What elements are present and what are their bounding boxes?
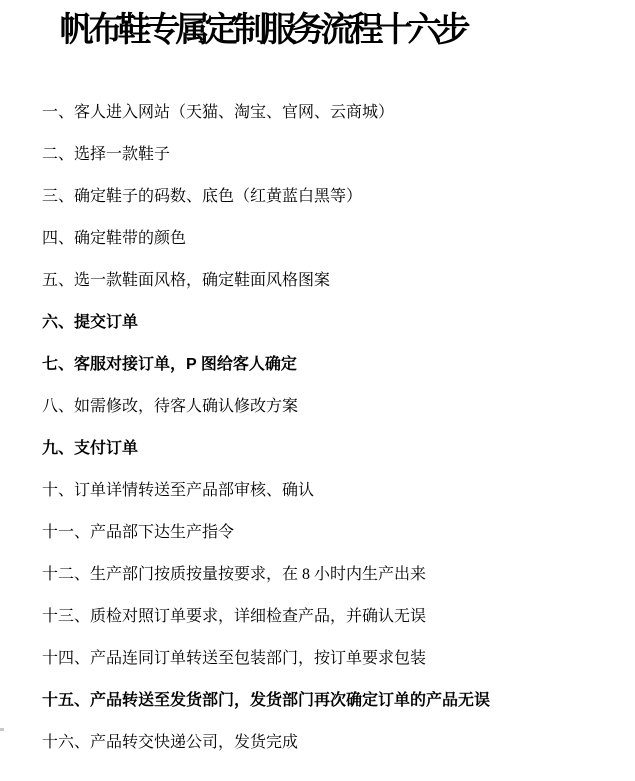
step-item-2: 二、选择一款鞋子 <box>42 145 490 187</box>
step-item-11: 十一、产品部下达生产指令 <box>42 523 490 565</box>
step-item-7: 七、客服对接订单，P 图给客人确定 <box>42 355 490 397</box>
page-title: 帆布鞋专属定制服务流程十六步 <box>0 0 525 50</box>
step-item-5: 五、选一款鞋面风格，确定鞋面风格图案 <box>42 271 490 313</box>
edge-artifact <box>0 728 4 731</box>
step-item-16: 十六、产品转交快递公司，发货完成 <box>42 733 490 775</box>
step-item-4: 四、确定鞋带的颜色 <box>42 229 490 271</box>
step-item-1: 一、客人进入网站（天猫、淘宝、官网、云商城） <box>42 103 490 145</box>
step-item-10: 十、订单详情转送至产品部审核、确认 <box>42 481 490 523</box>
step-item-14: 十四、产品连同订单转送至包装部门，按订单要求包装 <box>42 649 490 691</box>
step-item-15: 十五、产品转送至发货部门，发货部门再次确定订单的产品无误 <box>42 691 490 733</box>
step-item-3: 三、确定鞋子的码数、底色（红黄蓝白黑等） <box>42 187 490 229</box>
step-item-13: 十三、质检对照订单要求，详细检查产品，并确认无误 <box>42 607 490 649</box>
step-list: 一、客人进入网站（天猫、淘宝、官网、云商城） 二、选择一款鞋子 三、确定鞋子的码… <box>42 103 490 775</box>
document-page: 帆布鞋专属定制服务流程十六步 一、客人进入网站（天猫、淘宝、官网、云商城） 二、… <box>0 0 635 781</box>
step-item-6: 六、提交订单 <box>42 313 490 355</box>
step-item-8: 八、如需修改，待客人确认修改方案 <box>42 397 490 439</box>
step-item-12: 十二、生产部门按质按量按要求，在 8 小时内生产出来 <box>42 565 490 607</box>
step-item-9: 九、支付订单 <box>42 439 490 481</box>
